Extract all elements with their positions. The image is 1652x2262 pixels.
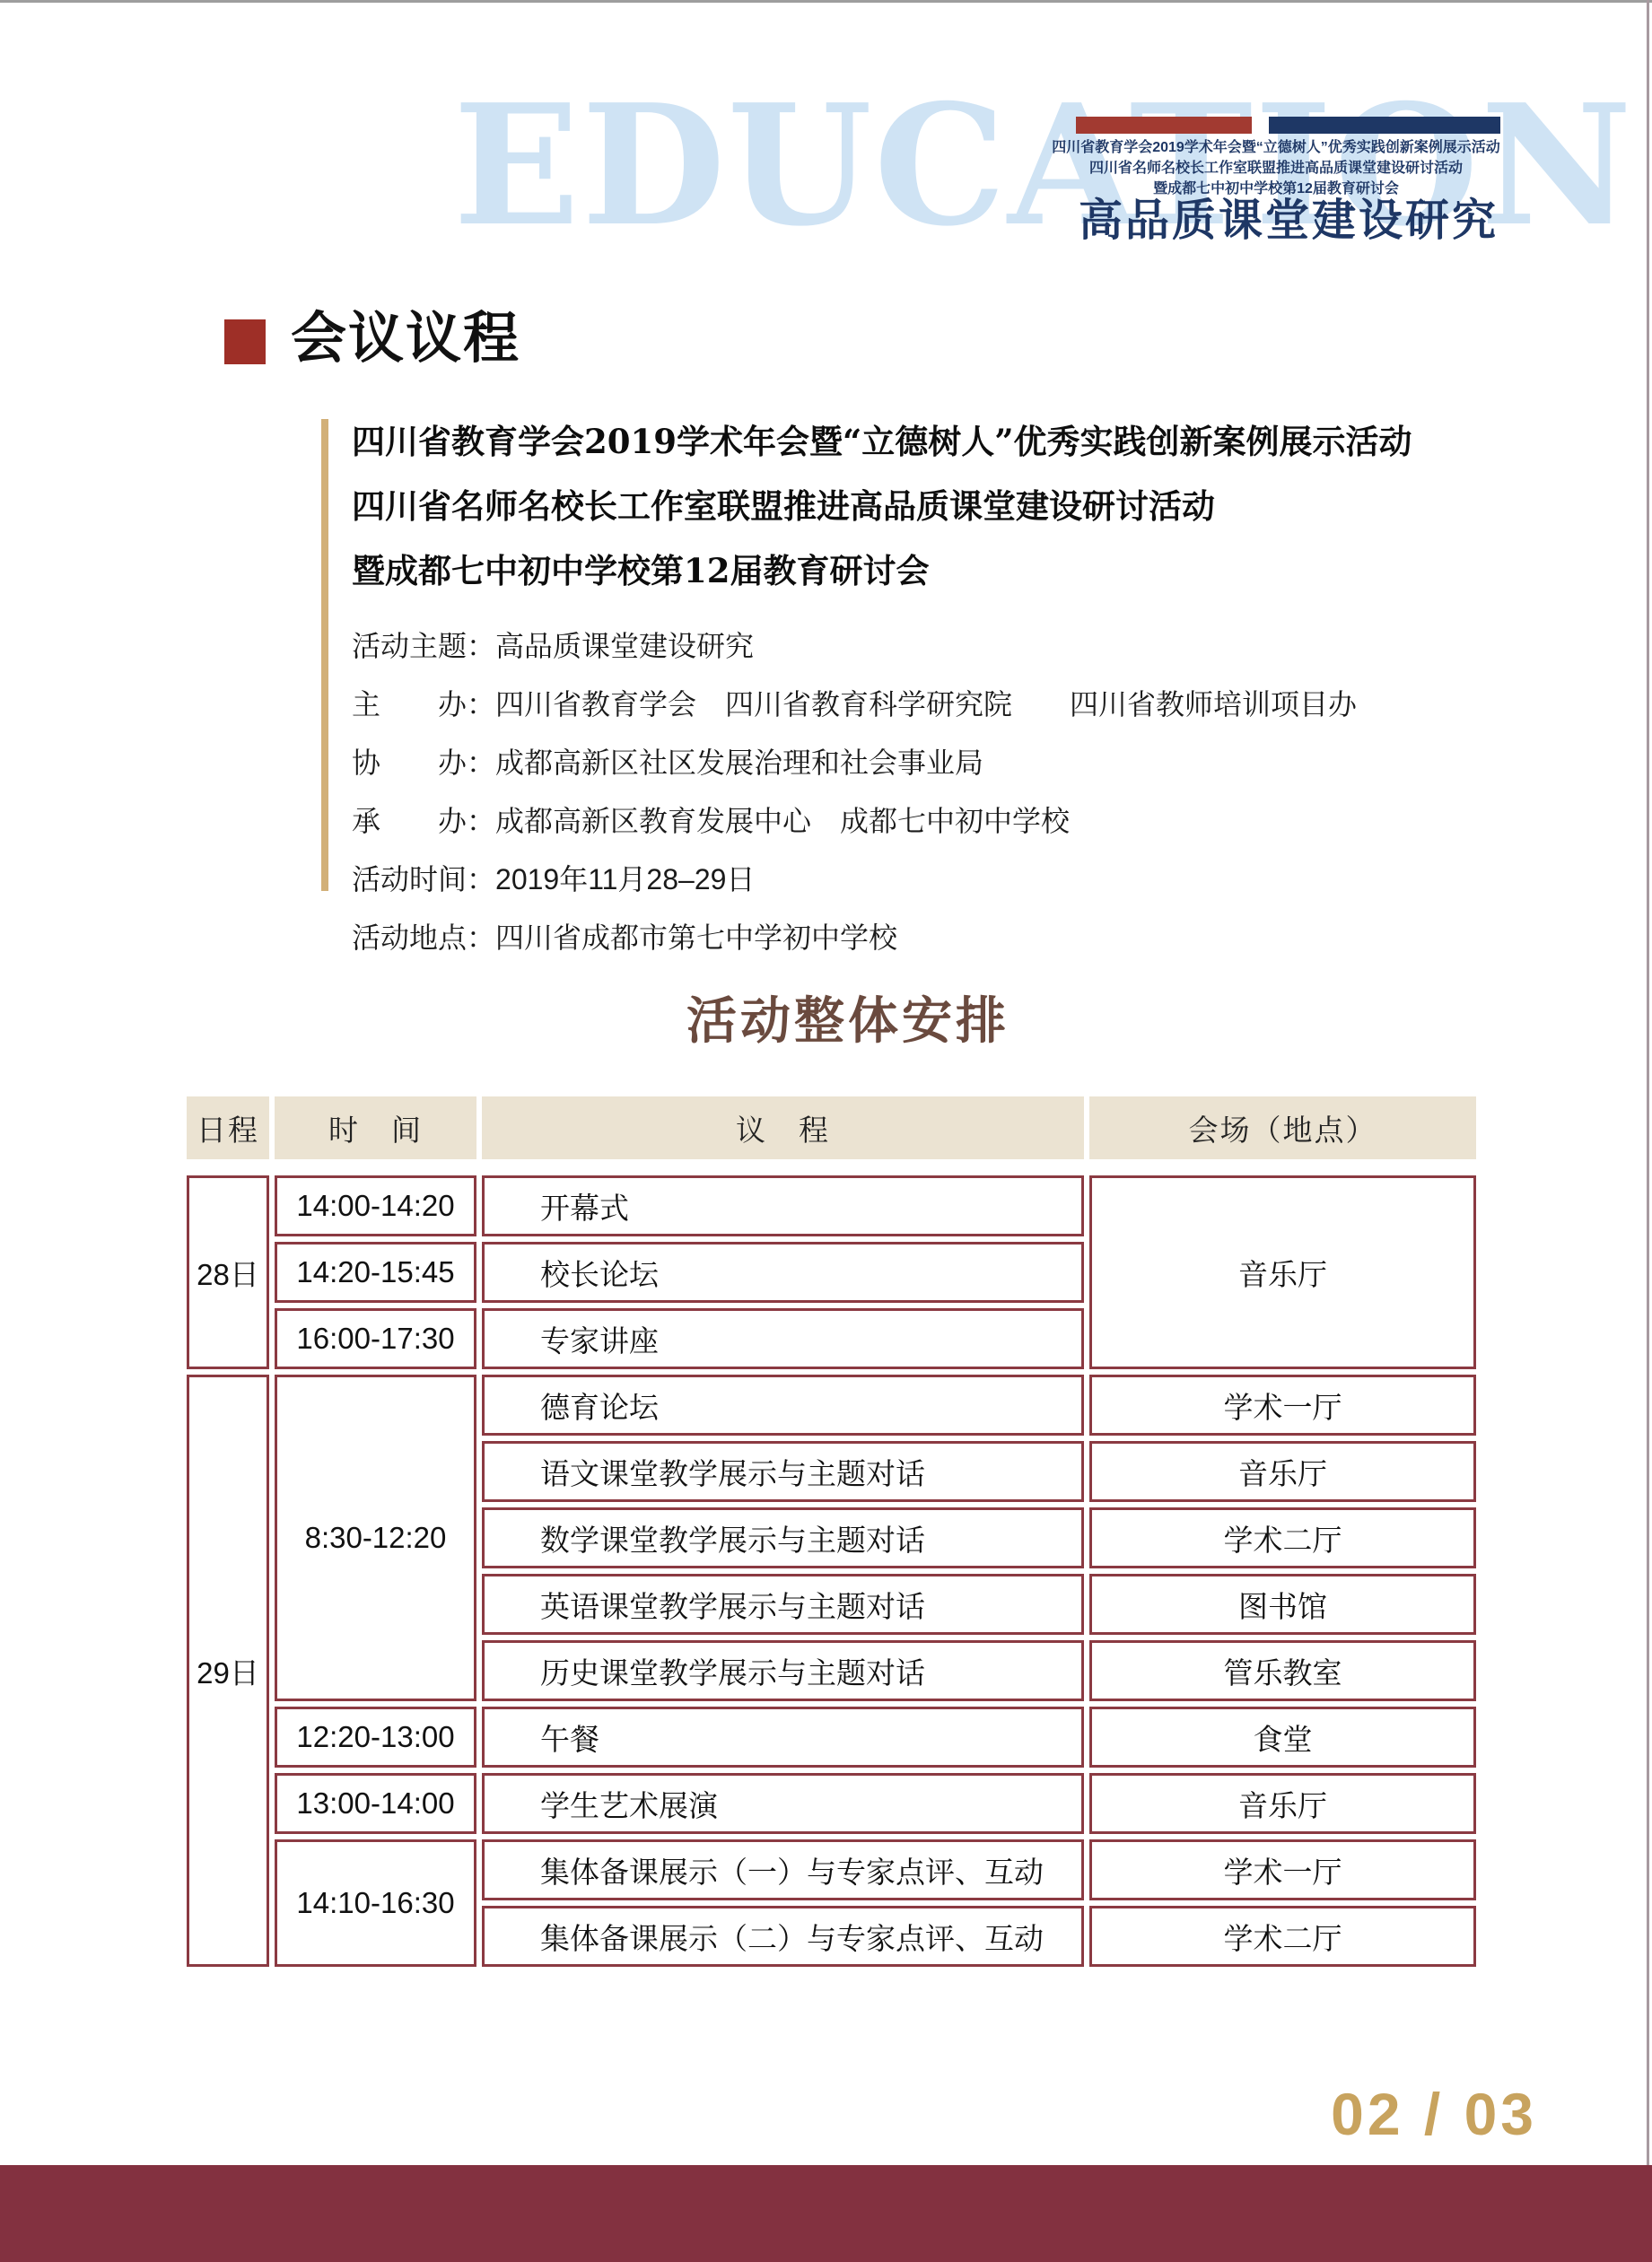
schedule-table-cell: 12:20-13:00	[275, 1707, 476, 1768]
schedule-table-cell: 14:20-15:45	[275, 1242, 476, 1303]
schedule-table-cell: 校长论坛	[482, 1242, 1084, 1303]
schedule-table-cell: 13:00-14:00	[275, 1773, 476, 1834]
schedule-table-cell: 食堂	[1089, 1707, 1476, 1768]
intro-title-block: 四川省教育学会2019学术年会暨“立德树人”优秀实践创新案例展示活动四川省名师名…	[352, 409, 1412, 603]
intro-detail-line: 活动时间：2019年11月28–29日	[352, 851, 1357, 909]
schedule-table-cell: 数学课堂教学展示与主题对话	[482, 1507, 1084, 1568]
page: EDUCATION 四川省教育学会2019学术年会暨“立德树人”优秀实践创新案例…	[0, 0, 1652, 2262]
bottom-maroon-bar	[0, 2165, 1652, 2262]
intro-detail-label: 协 办：	[352, 747, 495, 779]
header-main-title: 高品质课堂建设研究	[1077, 194, 1500, 246]
intro-detail-value: 成都高新区社区发展治理和社会事业局	[495, 747, 983, 779]
schedule-table-cell: 学术二厅	[1089, 1507, 1476, 1568]
header-subtitle-line: 四川省教育学会2019学术年会暨“立德树人”优秀实践创新案例展示活动	[1052, 137, 1500, 158]
schedule-table-cell: 集体备课展示（一）与专家点评、互动	[482, 1839, 1084, 1900]
schedule-table-cell: 学术二厅	[1089, 1906, 1476, 1967]
intro-title-line: 暨成都七中初中学校第12届教育研讨会	[352, 538, 1412, 603]
schedule-table-cell: 音乐厅	[1089, 1441, 1476, 1502]
page-right-edge-line	[1647, 0, 1649, 2262]
intro-detail-value: 2019年11月28–29日	[495, 863, 755, 895]
intro-detail-line: 活动地点：四川省成都市第七中学初中学校	[352, 909, 1357, 967]
schedule-table-cell: 8:30-12:20	[275, 1375, 476, 1701]
red-square-bullet	[224, 319, 266, 364]
intro-title-line: 四川省名师名校长工作室联盟推进高品质课堂建设研讨活动	[352, 474, 1412, 538]
schedule-table-cell: 集体备课展示（二）与专家点评、互动	[482, 1906, 1084, 1967]
schedule-table-cell: 图书馆	[1089, 1574, 1476, 1635]
intro-detail-line: 承 办：成都高新区教育发展中心 成都七中初中学校	[352, 792, 1357, 851]
schedule-table-cell: 管乐教室	[1089, 1640, 1476, 1701]
schedule-table-cell: 午餐	[482, 1707, 1084, 1768]
schedule-table-cell: 音乐厅	[1089, 1175, 1476, 1369]
schedule-table: 日程时 间议 程会场（地点） 28日29日14:00-14:2014:20-15…	[187, 1096, 1476, 1967]
header-subtitle-lines: 四川省教育学会2019学术年会暨“立德树人”优秀实践创新案例展示活动四川省名师名…	[1052, 137, 1500, 199]
schedule-column-header: 时 间	[275, 1096, 476, 1159]
gold-accent-line	[321, 419, 328, 891]
page-number: 02 / 03	[1331, 2080, 1537, 2148]
schedule-table-cell: 14:00-14:20	[275, 1175, 476, 1236]
intro-detail-label: 活动时间：	[352, 863, 495, 895]
intro-title-line: 四川省教育学会2019学术年会暨“立德树人”优秀实践创新案例展示活动	[352, 409, 1412, 474]
schedule-table-cell: 历史课堂教学展示与主题对话	[482, 1640, 1084, 1701]
schedule-table-cell: 学生艺术展演	[482, 1773, 1084, 1834]
schedule-table-cell: 学术一厅	[1089, 1839, 1476, 1900]
page-top-edge-line	[0, 0, 1652, 3]
intro-detail-value: 四川省成都市第七中学初中学校	[495, 921, 897, 954]
intro-detail-label: 活动主题：	[352, 630, 495, 662]
schedule-table-cell: 学术一厅	[1089, 1375, 1476, 1436]
schedule-table-body: 28日29日14:00-14:2014:20-15:4516:00-17:308…	[187, 1175, 1476, 1967]
schedule-table-cell: 英语课堂教学展示与主题对话	[482, 1574, 1084, 1635]
section-title: 会议议程	[291, 305, 520, 371]
intro-detail-value: 四川省教育学会 四川省教育科学研究院 四川省教师培训项目办	[495, 688, 1357, 721]
schedule-table-cell: 专家讲座	[482, 1308, 1084, 1369]
intro-detail-value: 成都高新区教育发展中心 成都七中初中学校	[495, 805, 1070, 837]
schedule-table-cell: 29日	[187, 1375, 269, 1967]
intro-detail-line: 协 办：成都高新区社区发展治理和社会事业局	[352, 734, 1357, 792]
schedule-table-cell: 音乐厅	[1089, 1773, 1476, 1834]
intro-detail-line: 主 办：四川省教育学会 四川省教育科学研究院 四川省教师培训项目办	[352, 676, 1357, 734]
schedule-table-cell: 16:00-17:30	[275, 1308, 476, 1369]
intro-detail-label: 承 办：	[352, 805, 495, 837]
schedule-title: 活动整体安排	[0, 990, 1652, 1052]
schedule-table-cell: 德育论坛	[482, 1375, 1084, 1436]
intro-detail-value: 高品质课堂建设研究	[495, 630, 754, 662]
schedule-column-header: 会场（地点）	[1089, 1096, 1476, 1159]
intro-detail-line: 活动主题：高品质课堂建设研究	[352, 617, 1357, 676]
schedule-table-cell: 开幕式	[482, 1175, 1084, 1236]
schedule-table-header: 日程时 间议 程会场（地点）	[187, 1096, 1476, 1159]
schedule-column-header: 议 程	[482, 1096, 1084, 1159]
schedule-column-header: 日程	[187, 1096, 269, 1159]
intro-details-block: 活动主题：高品质课堂建设研究主 办：四川省教育学会 四川省教育科学研究院 四川省…	[352, 617, 1357, 967]
schedule-table-cell: 14:10-16:30	[275, 1839, 476, 1967]
schedule-table-cell: 语文课堂教学展示与主题对话	[482, 1441, 1084, 1502]
header-navy-bar	[1269, 117, 1500, 134]
header-subtitle-line: 四川省名师名校长工作室联盟推进高品质课堂建设研讨活动	[1052, 158, 1500, 179]
schedule-table-cell: 28日	[187, 1175, 269, 1369]
intro-detail-label: 活动地点：	[352, 921, 495, 954]
intro-detail-label: 主 办：	[352, 688, 495, 721]
section-header: 会议议程	[224, 305, 520, 371]
header-red-bar	[1076, 117, 1252, 134]
